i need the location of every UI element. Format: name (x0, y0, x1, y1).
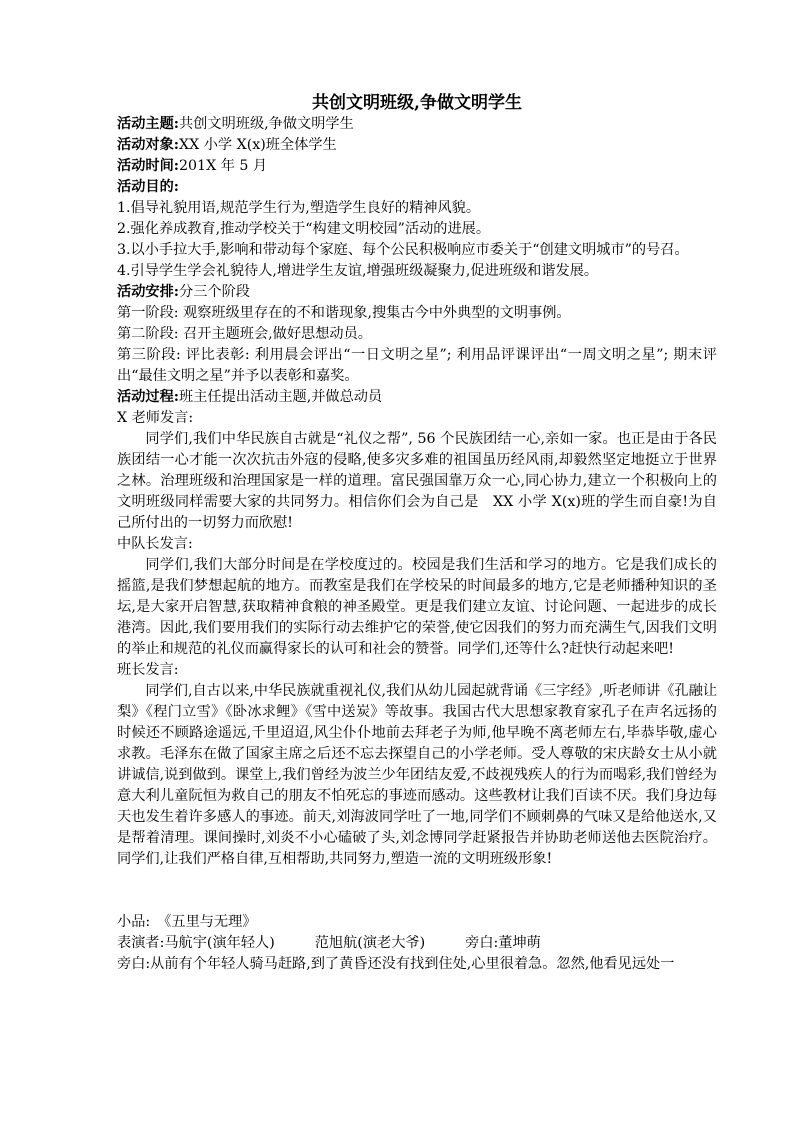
performer-segment: 表演者:马航宇(演年轻人) (117, 935, 275, 951)
paragraph: X 老师发言: (117, 408, 717, 429)
field-value: XX 小学 X(x)班全体学生 (179, 137, 337, 153)
paragraph: 第一阶段: 观察班级里存在的不和谐现象,搜集古今中外典型的文明事例。 (117, 303, 717, 324)
field-label: 活动对象: (117, 137, 179, 153)
paragraph: 1.倡导礼貌用语,规范学生行为,塑造学生良好的精神风貌。 (117, 198, 717, 219)
paragraph: 同学们,自古以来,中华民族就重视礼仪,我们从幼儿园起就背诵《三字经》,听老师讲《… (117, 681, 717, 870)
paragraph: 同学们,我们大部分时间是在学校度过的。校园是我们生活和学习的地方。它是我们成长的… (117, 555, 717, 660)
document-content: 共创文明班级,争做文明学生活动主题:共创文明班级,争做文明学生活动对象:XX 小… (117, 93, 717, 975)
paragraph: 中队长发言: (117, 534, 717, 555)
paragraph: 旁白:从前有个年轻人骑马赶路,到了黄昏还没有找到住处,心里很着急。忽然,他看见远… (117, 954, 717, 975)
paragraph: 班长发言: (117, 660, 717, 681)
field-line: 活动目的: (117, 177, 717, 198)
field-label: 活动过程: (117, 389, 179, 405)
paragraph: 3.以小手拉大手,影响和带动每个家庭、每个公民积极响应市委关于“创建文明城市”的… (117, 240, 717, 261)
field-label: 活动目的: (117, 179, 179, 195)
paragraph: 第三阶段: 评比表彰: 利用晨会评出“一日文明之星”; 利用品评课评出“一周文明… (117, 345, 717, 387)
document-title: 共创文明班级,争做文明学生 (117, 93, 717, 114)
field-line: 活动对象:XX 小学 X(x)班全体学生 (117, 135, 717, 156)
blank-line (117, 891, 717, 912)
field-value: 分三个阶段 (179, 284, 250, 300)
field-line: 活动时间:201X 年 5 月 (117, 156, 717, 177)
paragraph: 4.引导学生学会礼貌待人,增进学生友谊,增强班级凝聚力,促进班级和谐发展。 (117, 261, 717, 282)
document-page: 共创文明班级,争做文明学生活动主题:共创文明班级,争做文明学生活动对象:XX 小… (0, 0, 793, 1122)
field-value: 共创文明班级,争做文明学生 (179, 116, 354, 132)
paragraph: 同学们,我们中华民族自古就是“礼仪之帮”, 56 个民族团结一心,亲如一家。也正… (117, 429, 717, 534)
field-value: 201X 年 5 月 (179, 158, 267, 174)
paragraph: 2.强化养成教育,推动学校关于“构建文明校园”活动的进展。 (117, 219, 717, 240)
field-label: 活动安排: (117, 284, 179, 300)
paragraph: 第二阶段: 召开主题班会,做好思想动员。 (117, 324, 717, 345)
field-line: 活动过程:班主任提出活动主题,并做总动员 (117, 387, 717, 408)
performer-segment: 旁白:董坤萌 (465, 935, 541, 951)
performer-segment: 范旭航(演老大爷) (315, 935, 425, 951)
paragraph: 小品: 《五里与无理》 (117, 912, 717, 933)
blank-line (117, 870, 717, 891)
field-value: 班主任提出活动主题,并做总动员 (179, 389, 382, 405)
field-line: 活动安排:分三个阶段 (117, 282, 717, 303)
field-label: 活动主题: (117, 116, 179, 132)
field-label: 活动时间: (117, 158, 179, 174)
field-line: 活动主题:共创文明班级,争做文明学生 (117, 114, 717, 135)
performers-line: 表演者:马航宇(演年轻人)范旭航(演老大爷)旁白:董坤萌 (117, 933, 717, 954)
